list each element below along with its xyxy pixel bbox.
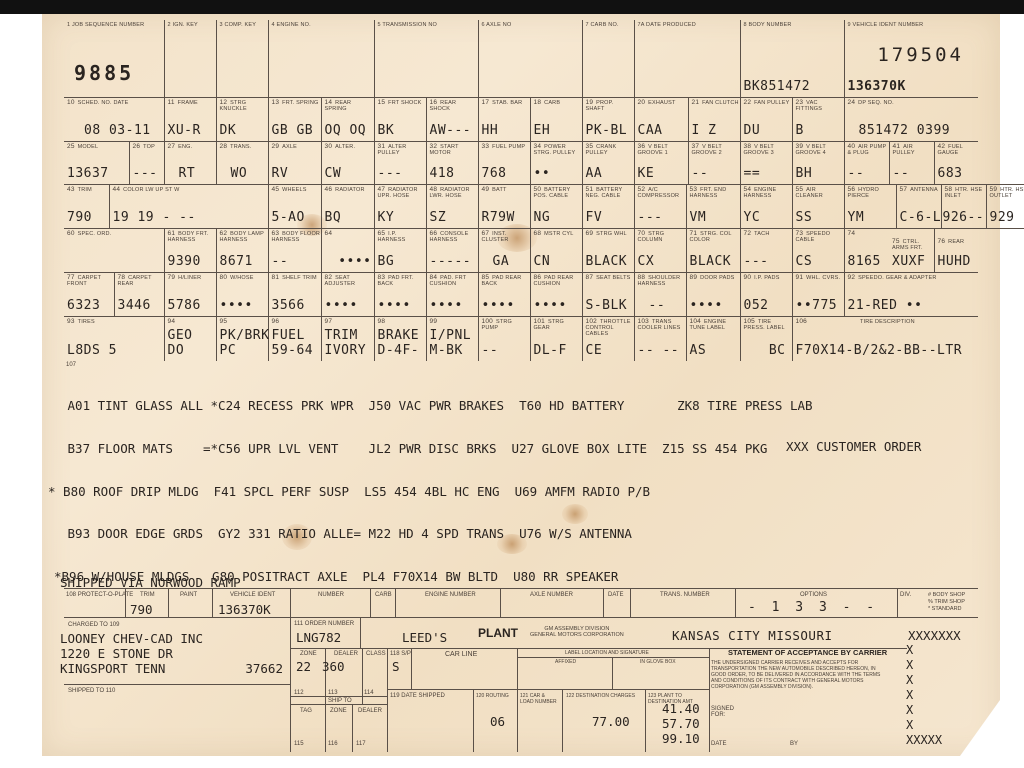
cell-44: 44COLOR LW UP ST W19 19 - -- xyxy=(109,185,268,229)
destination-charges-value: 77.00 xyxy=(592,714,630,729)
job-sequence-cell: 1 JOB SEQUENCE NUMBER 9885 xyxy=(64,20,164,97)
field-value: SZ xyxy=(430,210,447,225)
row-10-24: 10SCHED. NO. DATE08 03-11 11FRAMEXU-R 12… xyxy=(64,97,978,142)
field-label: 104ENGINE TUNE LABEL xyxy=(690,319,740,331)
field-label: 81SHELF TRIM xyxy=(272,275,317,281)
cell-48: 48RADIATOR LWR. HOSESZ xyxy=(426,185,478,229)
field-label: 103TRANS COOLER LINES xyxy=(638,319,686,331)
field-value: •••• xyxy=(430,298,463,313)
cell-40: 40AIR PUMP & PLUG-- xyxy=(844,142,889,185)
cell-70: 70STRG COLUMNCX xyxy=(634,229,686,273)
field-label: 43TRIM xyxy=(67,187,92,193)
cell-56: 56HYDRO PIERCEYM xyxy=(844,185,896,229)
dealer-code-label: DEALER xyxy=(334,651,358,657)
divider xyxy=(603,588,604,617)
field-label: 72TACH xyxy=(744,231,770,237)
cell-16: 16REAR SHOCKAW--- xyxy=(426,98,478,142)
field-label: 52A/C COMPRESSOR xyxy=(638,187,686,199)
carrier-text: THE UNDERSIGNED CARRIER RECEIVES AND ACC… xyxy=(711,660,883,690)
field-label: 66CONSOLE HARNESS xyxy=(430,231,478,243)
options-line: * B80 ROOF DRIP MLDG F41 SPCL PERF SUSP … xyxy=(48,485,813,499)
field-value: CE xyxy=(586,343,603,358)
legend-item: % TRIM SHOP xyxy=(928,599,965,606)
field-label: 99 xyxy=(430,319,441,325)
cell-89: 89DOOR PADS•••• xyxy=(686,273,740,317)
cell-58: 58HTR. HSE INLET926-- xyxy=(941,185,986,229)
cell-53: 53FRT. END HARNESSVM xyxy=(686,185,740,229)
field-value: GB GB xyxy=(272,123,314,138)
field-value: RV xyxy=(272,166,289,181)
field-value: C-6-L xyxy=(900,210,942,225)
cell-28: 28TRANS.WO xyxy=(216,142,268,185)
field-label: 58HTR. HSE INLET xyxy=(945,187,986,199)
field-label: 71STRG. COL COLOR xyxy=(690,231,740,243)
cell-92: 92SPEEDO. GEAR & ADAPTER21-RED •• xyxy=(844,273,978,317)
field-label: 59HTR. HSE OUTLET xyxy=(990,187,1024,199)
tag-label: TAG xyxy=(300,708,312,714)
field-value: ----- xyxy=(430,254,472,269)
field-value: GEO DO xyxy=(168,328,193,358)
field-label: 86PAD REAR CUSHION xyxy=(534,275,582,287)
field-value: •••• xyxy=(220,298,253,313)
x-marks-side: X X X X X X XXXXX xyxy=(906,643,942,748)
field-label: 25MODEL xyxy=(67,144,98,150)
field-label: 13FRT. SPRING xyxy=(272,100,319,106)
cell-47: 47RADIATOR UPR. HOSEKY xyxy=(374,185,426,229)
ship-zone-label: ZONE xyxy=(330,708,347,714)
row-93-106: 93TIRESL8DS 5 94GEO DO 95PK/BRK PC 96FUE… xyxy=(64,316,978,361)
field-label: 44COLOR LW UP ST W xyxy=(113,187,180,193)
charged-to-label: CHARGED TO 109 xyxy=(68,622,119,628)
field-label: 76REAR xyxy=(938,239,965,245)
cell-13: 13FRT. SPRINGGB GB xyxy=(268,98,321,142)
cell-93: 93TIRESL8DS 5 xyxy=(64,317,164,361)
field-label: 24DP SEQ. NO. xyxy=(848,100,894,106)
field-value: 851472 0399 xyxy=(859,123,951,138)
cell-61: 61BODY FRT. HARNESS9390 xyxy=(164,229,216,273)
cell-57: 57ANTENNAC-6-L xyxy=(896,185,941,229)
routing-value: 06 xyxy=(490,714,505,729)
field-value: == xyxy=(744,166,761,181)
field-value: DK xyxy=(220,123,237,138)
cell-54: 54ENGINE HARNESSYC xyxy=(740,185,792,229)
header-row: 1 JOB SEQUENCE NUMBER 9885 2 IGN. KEY 3 … xyxy=(64,20,978,98)
plant-to-destination-values: 41.40 57.70 99.10 xyxy=(662,701,700,746)
field-label: 85PAD REAR BACK xyxy=(482,275,530,287)
field-label: 32START MOTOR xyxy=(430,144,478,156)
cell-85: 85PAD REAR BACK•••• xyxy=(478,273,530,317)
field-value: EH xyxy=(534,123,551,138)
divider xyxy=(64,617,978,618)
field-label: 6 AXLE NO xyxy=(482,22,512,28)
carb-no-cell: 7 CARB NO. xyxy=(582,20,634,97)
field-label: 64 xyxy=(325,231,336,237)
cell-63: 63BODY FLOOR HARNESS-- xyxy=(268,229,321,273)
field-value: PK/BRK PC xyxy=(220,328,270,358)
field-value: XUXF xyxy=(892,254,925,269)
field-label: 14REAR SPRING xyxy=(325,100,374,112)
cell-55: 55AIR CLEANERSS xyxy=(792,185,844,229)
number-label: NUMBER xyxy=(318,592,344,598)
field-label: 30ALTER. xyxy=(325,144,356,150)
cell-67: 67INST. CLUSTERGA xyxy=(478,229,530,273)
cell-99: 99I/PNL M-BK xyxy=(426,317,478,361)
field-label: 73SPEEDO CABLE xyxy=(796,231,844,243)
field-value: •••• xyxy=(690,298,723,313)
field-value: BH xyxy=(796,166,813,181)
field-value: AA xyxy=(586,166,603,181)
cell-77: 77CARPET FRONT6323 xyxy=(64,273,114,317)
field-value: -- xyxy=(893,166,910,181)
x-marks-top: XXXXXXX xyxy=(908,628,961,643)
vin-stamp: 179504 xyxy=(877,44,964,66)
signed-for-label: SIGNED FOR: xyxy=(711,706,741,718)
field-label: 5 TRANSMISSION NO xyxy=(378,22,438,28)
cell-23: 23VAC FITTINGSB xyxy=(792,98,844,142)
trans-number-label: TRANS. NUMBER xyxy=(660,592,710,598)
vehicle-ident-number: 136370K xyxy=(848,79,906,94)
field-label: 37V BELT GROOVE 2 xyxy=(692,144,740,156)
cell-26: 26TOP--- xyxy=(129,142,164,185)
ship-zone-n: 116 xyxy=(328,741,338,747)
field-label: 68MSTR CYL xyxy=(534,231,574,237)
field-value: F70X14-B/2&2-BB--LTR xyxy=(796,343,963,358)
sp-value: S xyxy=(392,659,400,674)
field-value: 8165 xyxy=(848,254,881,269)
field-label: 54ENGINE HARNESS xyxy=(744,187,792,199)
field-label: 34POWER STRG. PULLEY xyxy=(534,144,582,156)
field-label: 82SEAT ADJUSTER xyxy=(325,275,374,287)
cell-24: 24DP SEQ. NO.851472 0399 xyxy=(844,98,978,142)
by-label: BY xyxy=(790,741,798,747)
engine-no-cell: 4 ENGINE NO. xyxy=(268,20,374,97)
tag-n: 115 xyxy=(294,741,304,747)
field-label: 80W/HOSE xyxy=(220,275,254,281)
cell-74: 748165 xyxy=(844,229,889,273)
divider xyxy=(387,648,388,752)
divider xyxy=(630,588,631,617)
cell-33: 33FUEL PUMP768 xyxy=(478,142,530,185)
field-label: 90I.P. PADS xyxy=(744,275,780,281)
divider xyxy=(735,588,736,617)
field-label: 19PROP. SHAFT xyxy=(586,100,634,112)
field-value: 08 03-11 xyxy=(84,123,151,138)
cell-15: 15FRT SHOCKBK xyxy=(374,98,426,142)
field-label: 28TRANS. xyxy=(220,144,252,150)
cell-100: 100STRG PUMP-- xyxy=(478,317,530,361)
field-value: 418 xyxy=(430,166,455,181)
field-label: 46RADIATOR xyxy=(325,187,365,193)
divider xyxy=(612,657,613,689)
field-label: 78CARPET REAR xyxy=(118,275,164,287)
field-value: R79W xyxy=(482,210,515,225)
field-label: 48RADIATOR LWR. HOSE xyxy=(430,187,478,199)
gm-corp-line: GENERAL MOTORS CORPORATION xyxy=(530,632,624,638)
divider xyxy=(473,689,474,752)
cell-83: 83PAD FRT. BACK•••• xyxy=(374,273,426,317)
zone-label: ZONE xyxy=(300,651,317,657)
field-label: 18CARB xyxy=(534,100,561,106)
cell-31: 31ALTER PULLEY--- xyxy=(374,142,426,185)
cell-30: 30ALTER.CW xyxy=(321,142,374,185)
field-value: B xyxy=(796,123,804,138)
divider xyxy=(562,689,563,752)
cell-82: 82SEAT ADJUSTER•••• xyxy=(321,273,374,317)
field-value: BLACK xyxy=(586,254,628,269)
field-value: PK-BL xyxy=(586,123,628,138)
cell-45: 45WHEELS5-AO xyxy=(268,185,321,229)
field-value: •• xyxy=(534,166,551,181)
transmission-no-cell: 5 TRANSMISSION NO xyxy=(374,20,478,97)
field-label: 94 xyxy=(168,319,179,325)
field-label: 41AIR PULLEY xyxy=(893,144,934,156)
divider xyxy=(290,588,291,617)
divider xyxy=(517,648,518,752)
cell-50: 50BATTERY POS. CABLENG xyxy=(530,185,582,229)
ship-dealer-n: 117 xyxy=(356,741,366,747)
field-value: ••775 xyxy=(796,298,838,313)
gm-division: GM ASSEMBLY DIVISION GENERAL MOTORS CORP… xyxy=(530,626,624,638)
x-mark: X xyxy=(906,688,942,703)
cell-51: 51BATTERY NEG. CABLEFV xyxy=(582,185,634,229)
cell-103: 103TRANS COOLER LINES-- -- xyxy=(634,317,686,361)
class-n: 114 xyxy=(364,690,374,696)
torn-corner xyxy=(960,700,1000,756)
vehicle-ident-value: 136370K xyxy=(218,602,271,617)
in-glove-box-label: IN GLOVE BOX xyxy=(640,659,676,665)
field-value: DL-F xyxy=(534,343,567,358)
field-label: 16REAR SHOCK xyxy=(430,100,478,112)
cell-65: 65I.P. HARNESSBG xyxy=(374,229,426,273)
divider xyxy=(64,684,290,685)
scan-top-border xyxy=(0,0,1024,14)
row-60-76: 60SPEC. ORD. 61BODY FRT. HARNESS9390 62B… xyxy=(64,228,978,273)
field-value: XU-R xyxy=(168,123,201,138)
paint-label: PAINT xyxy=(180,592,197,598)
vin-cell: 9 VEHICLE IDENT NUMBER 179504 136370K xyxy=(844,20,978,97)
field-label: 36V BELT GROOVE 1 xyxy=(638,144,688,156)
field-label: 74 xyxy=(848,231,859,237)
cell-34: 34POWER STRG. PULLEY•• xyxy=(530,142,582,185)
cell-105: 105TIRE PRESS. LABELBC xyxy=(740,317,792,361)
field-value: FUEL 59-64 xyxy=(272,328,314,358)
field-value: 21-RED •• xyxy=(848,298,923,313)
trim-label: TRIM xyxy=(140,592,155,598)
field-label: 84PAD. FRT CUSHION xyxy=(430,275,478,287)
field-label: 61BODY FRT. HARNESS xyxy=(168,231,216,243)
field-value: YM xyxy=(848,210,865,225)
affixed-label: AFFIXED xyxy=(555,659,576,665)
field-value: 683 xyxy=(938,166,963,181)
field-label: 23VAC FITTINGS xyxy=(796,100,844,112)
car-line-label: CAR LINE xyxy=(445,651,477,658)
field-label: 8 BODY NUMBER xyxy=(744,22,792,28)
field-value: SS xyxy=(796,210,813,225)
field-value: BC xyxy=(769,343,786,358)
destination-charges-label: 122 DESTINATION CHARGES xyxy=(566,693,636,699)
field-label: 27ENG. xyxy=(168,144,193,150)
cell-87: 87SEAT BELTSS-BLK xyxy=(582,273,634,317)
cell-11: 11FRAMEXU-R xyxy=(164,98,216,142)
date-sign-label: DATE xyxy=(711,741,727,747)
cell-36: 36V BELT GROOVE 1KE xyxy=(634,142,688,185)
plant-label: PLANT xyxy=(478,626,518,640)
cell-71: 71STRG. COL COLORBLACK xyxy=(686,229,740,273)
field-value: BQ xyxy=(325,210,342,225)
options-label: 107 xyxy=(66,362,76,368)
field-label: 100STRG PUMP xyxy=(482,319,530,331)
cell-81: 81SHELF TRIM3566 xyxy=(268,273,321,317)
cell-96: 96FUEL 59-64 xyxy=(268,317,321,361)
divider xyxy=(360,617,361,648)
field-value: CAA xyxy=(638,123,663,138)
order-number: LNG782 xyxy=(296,630,341,645)
field-label: 1 JOB SEQUENCE NUMBER xyxy=(67,22,144,28)
field-label: 102THROTTLE CONTROL CABLES xyxy=(586,319,634,337)
order-number-label: 111 ORDER NUMBER xyxy=(294,621,354,627)
field-label: 62BODY LAMP HARNESS xyxy=(220,231,268,243)
field-value: 9390 xyxy=(168,254,201,269)
field-label: 91WHL. CVRS. xyxy=(796,275,841,281)
routing-label: 120 ROUTING xyxy=(476,693,509,699)
field-label: 93TIRES xyxy=(67,319,95,325)
field-value: -- xyxy=(649,298,666,313)
amount: 41.40 xyxy=(662,701,700,716)
field-label: 106TIRE DESCRIPTION xyxy=(796,319,915,325)
field-value: BLACK xyxy=(690,254,732,269)
field-value: KY xyxy=(378,210,395,225)
row-43-59: 43TRIM790 44COLOR LW UP ST W19 19 - -- 4… xyxy=(64,184,1024,229)
divider xyxy=(411,648,412,689)
field-value: --- xyxy=(378,166,403,181)
field-value: -- xyxy=(482,343,499,358)
cell-97: 97TRIM IVORY xyxy=(321,317,374,361)
field-value: -- xyxy=(272,254,289,269)
cell-64: 64•••• xyxy=(321,229,374,273)
cell-37: 37V BELT GROOVE 2-- xyxy=(688,142,740,185)
comp-key-cell: 3 COMP. KEY xyxy=(216,20,268,97)
cell-12: 12STRG KNUCKLEDK xyxy=(216,98,268,142)
divider xyxy=(290,696,387,697)
field-label: 51BATTERY NEG. CABLE xyxy=(586,187,634,199)
field-value: DU xyxy=(744,123,761,138)
x-mark: X xyxy=(906,718,942,733)
field-label: 79H/LINER xyxy=(168,275,202,281)
field-value: CW xyxy=(325,166,342,181)
field-label: 96 xyxy=(272,319,283,325)
field-value: AS xyxy=(690,343,707,358)
row-25-42: 25MODEL13637 26TOP--- 27ENG.RT 28TRANS.W… xyxy=(64,141,978,185)
cell-10: 10SCHED. NO. DATE08 03-11 xyxy=(64,98,164,142)
divider xyxy=(168,588,169,617)
cell-35: 35CRANK PULLEYAA xyxy=(582,142,634,185)
cell-21: 21FAN CLUTCHI Z xyxy=(688,98,740,142)
field-label: 56HYDRO PIERCE xyxy=(848,187,896,199)
field-label: 7A DATE PRODUCED xyxy=(638,22,696,28)
cell-73: 73SPEEDO CABLECS xyxy=(792,229,844,273)
field-value: 3566 xyxy=(272,298,305,313)
field-value: I/PNL M-BK xyxy=(430,328,472,358)
cell-84: 84PAD. FRT CUSHION•••• xyxy=(426,273,478,317)
field-value: •••• xyxy=(378,298,411,313)
field-label: 38V BELT GROOVE 3 xyxy=(744,144,792,156)
field-value: AW--- xyxy=(430,123,472,138)
cell-60: 60SPEC. ORD. xyxy=(64,229,164,273)
dealer-street: 1220 E STONE DR xyxy=(60,646,283,661)
options-line: B37 FLOOR MATS =*C56 UPR LVL VENT JL2 PW… xyxy=(60,442,813,456)
divider xyxy=(709,648,710,752)
trim-value: 790 xyxy=(130,602,153,617)
field-value: •••• xyxy=(338,254,371,269)
date-produced-cell: 7A DATE PRODUCED xyxy=(634,20,740,97)
x-mark: X xyxy=(906,703,942,718)
field-label: 95 xyxy=(220,319,231,325)
cell-80: 80W/HOSE•••• xyxy=(216,273,268,317)
field-value: CS xyxy=(796,254,813,269)
cell-102: 102THROTTLE CONTROL CABLESCE xyxy=(582,317,634,361)
x-mark: XXXXX xyxy=(906,733,942,748)
field-value: 3446 xyxy=(118,298,151,313)
field-label: 97 xyxy=(325,319,336,325)
customer-order: XXX CUSTOMER ORDER xyxy=(786,439,921,454)
dealer-n: 113 xyxy=(328,690,338,696)
dealer-address: LOONEY CHEV-CAD INC 1220 E STONE DR KING… xyxy=(60,631,283,676)
field-value: 8671 xyxy=(220,254,253,269)
job-sequence-number: 9885 xyxy=(74,61,134,85)
field-label: 60SPEC. ORD. xyxy=(67,231,111,237)
field-value: RT xyxy=(179,166,196,181)
divider xyxy=(212,588,213,617)
cell-43: 43TRIM790 xyxy=(64,185,109,229)
cell-19: 19PROP. SHAFTPK-BL xyxy=(582,98,634,142)
cell-49: 49BATTR79W xyxy=(478,185,530,229)
cell-101: 101STRG GEARDL-F xyxy=(530,317,582,361)
cell-22: 22FAN PULLEYDU xyxy=(740,98,792,142)
field-label: 49BATT xyxy=(482,187,507,193)
field-label: 17STAB. BAR xyxy=(482,100,523,106)
field-label: 21FAN CLUTCH xyxy=(692,100,739,106)
cell-104: 104ENGINE TUNE LABELAS xyxy=(686,317,740,361)
field-label: 50BATTERY POS. CABLE xyxy=(534,187,582,199)
field-value: I Z xyxy=(692,123,717,138)
field-label: 29AXLE xyxy=(272,144,298,150)
row-77-92: 77CARPET FRONT6323 78CARPET REAR3446 79H… xyxy=(64,272,978,317)
divider xyxy=(370,588,371,617)
field-value: --- xyxy=(744,254,769,269)
field-value: 6323 xyxy=(67,298,100,313)
x-mark: X xyxy=(906,673,942,688)
cell-75: 75CTRL. ARMS FRT.XUXF xyxy=(889,229,934,273)
field-label: 9 VEHICLE IDENT NUMBER xyxy=(848,22,924,28)
options-marks: - 1 3 3 - - xyxy=(748,600,878,615)
axle-no-cell: 6 AXLE NO xyxy=(478,20,582,97)
plant-location: KANSAS CITY MISSOURI xyxy=(672,628,833,643)
field-label: 105TIRE PRESS. LABEL xyxy=(744,319,792,331)
field-label: 67INST. CLUSTER xyxy=(482,231,530,243)
divider xyxy=(395,588,396,617)
field-label: 2 IGN. KEY xyxy=(168,22,198,28)
field-label: 55AIR CLEANER xyxy=(796,187,844,199)
cell-59: 59HTR. HSE OUTLET929 xyxy=(986,185,1024,229)
field-value: L8DS 5 xyxy=(67,343,117,358)
cell-42: 42FUEL GAUGE683 xyxy=(934,142,978,185)
field-label: 70STRG COLUMN xyxy=(638,231,686,243)
amount: 57.70 xyxy=(662,716,700,731)
legend-item: * STANDARD xyxy=(928,606,965,613)
cell-52: 52A/C COMPRESSOR--- xyxy=(634,185,686,229)
cell-25: 25MODEL13637 xyxy=(64,142,129,185)
field-value: TRIM IVORY xyxy=(325,328,367,358)
